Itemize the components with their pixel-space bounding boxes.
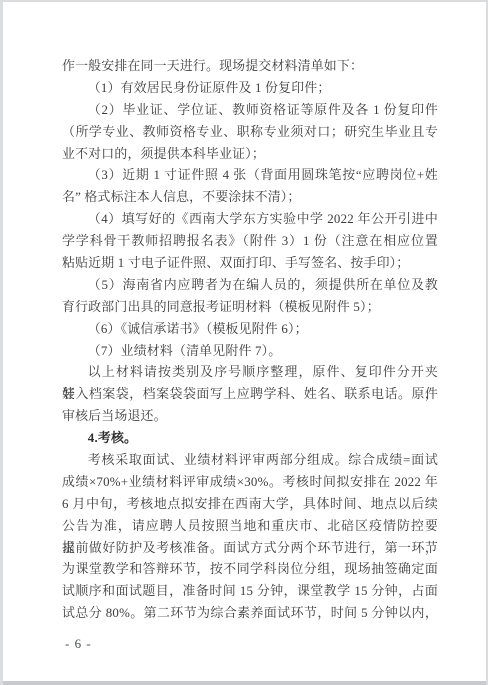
text-line: 业不对口的，须提供本科毕业证）； <box>62 144 438 166</box>
text-line-item-2: （2）毕业证、学位证、教师资格证等原件及各 1 份复印件 <box>62 100 438 122</box>
text-line: 成绩×70%+业绩材料评审成绩×30%。考核时间拟安排在 2022 年 <box>62 472 438 494</box>
text-line: （所学专业、教师资格专业、职称专业须对口；研究生毕业且专 <box>62 122 438 144</box>
text-line: 装入档案袋，档案袋袋面写上应聘学科、姓名、联系电话。原件 <box>62 384 438 406</box>
text-line: 6 月中旬，考核地点拟安排在西南大学，具体时间、地点以后续 <box>62 494 438 516</box>
text-line: 审核后当场退还。 <box>62 406 438 428</box>
section-heading-assessment: 4.考核。 <box>62 428 438 450</box>
document-body: 作一般安排在同一天进行。现场提交材料清单如下： （1）有效居民身份证原件及 1 … <box>62 56 438 625</box>
text-line: 试顺序和面试题目，准备时间 15 分钟，课堂教学 15 分钟，占面 <box>62 581 438 603</box>
text-line: 名” 格式标注本人信息，不要涂抹不清）； <box>62 187 438 209</box>
text-line: 作一般安排在同一天进行。现场提交材料清单如下： <box>62 56 438 78</box>
text-line-item-7: （7）业绩材料（清单见附件 7）。 <box>62 341 438 363</box>
text-line: 以上材料请按类别及序号顺序整理，原件、复印件分开夹好， <box>62 362 438 384</box>
text-line-item-4: （4）填写好的《西南大学东方实验中学 2022 年公开引进中 <box>62 209 438 231</box>
document-page: 作一般安排在同一天进行。现场提交材料清单如下： （1）有效居民身份证原件及 1 … <box>0 0 488 685</box>
text-line: 育行政部门出具的同意报考证明材料（模板见附件 5）； <box>62 297 438 319</box>
text-line: 公告为准，请应聘人员按照当地和重庆市、北碚区疫情防控要求， <box>62 516 438 538</box>
text-line-item-1: （1）有效居民身份证原件及 1 份复印件； <box>62 78 438 100</box>
text-line: 考核采取面试、业绩材料评审两部分组成。综合成绩=面试 <box>62 450 438 472</box>
text-line: 试总分 80%。第二环节为综合素养面试环节，时间 5 分钟以内， <box>62 603 438 625</box>
text-line: 粘贴近期 1 寸电子证件照、双面打印、手写签名、按手印）； <box>62 253 438 275</box>
text-line-item-3: （3）近期 1 寸证件照 4 张（背面用圆珠笔按“应聘岗位+姓 <box>62 165 438 187</box>
text-line: 学学科骨干教师招聘报名表》（附件 3）1 份（注意在相应位置 <box>62 231 438 253</box>
page-number: - 6 - <box>65 636 92 651</box>
text-line-item-5: （5）海南省内应聘者为在编人员的，须提供所在单位及教 <box>62 275 438 297</box>
page-bottom-edge <box>3 681 486 685</box>
text-line: 为课堂教学和答辩环节，按不同学科岗位分组，现场抽签确定面 <box>62 559 438 581</box>
text-line-item-6: （6）《诚信承诺书》（模板见附件 6）； <box>62 319 438 341</box>
text-line: 提前做好防护及考核准备。面试方式分两个环节进行，第一环节 <box>62 538 438 560</box>
